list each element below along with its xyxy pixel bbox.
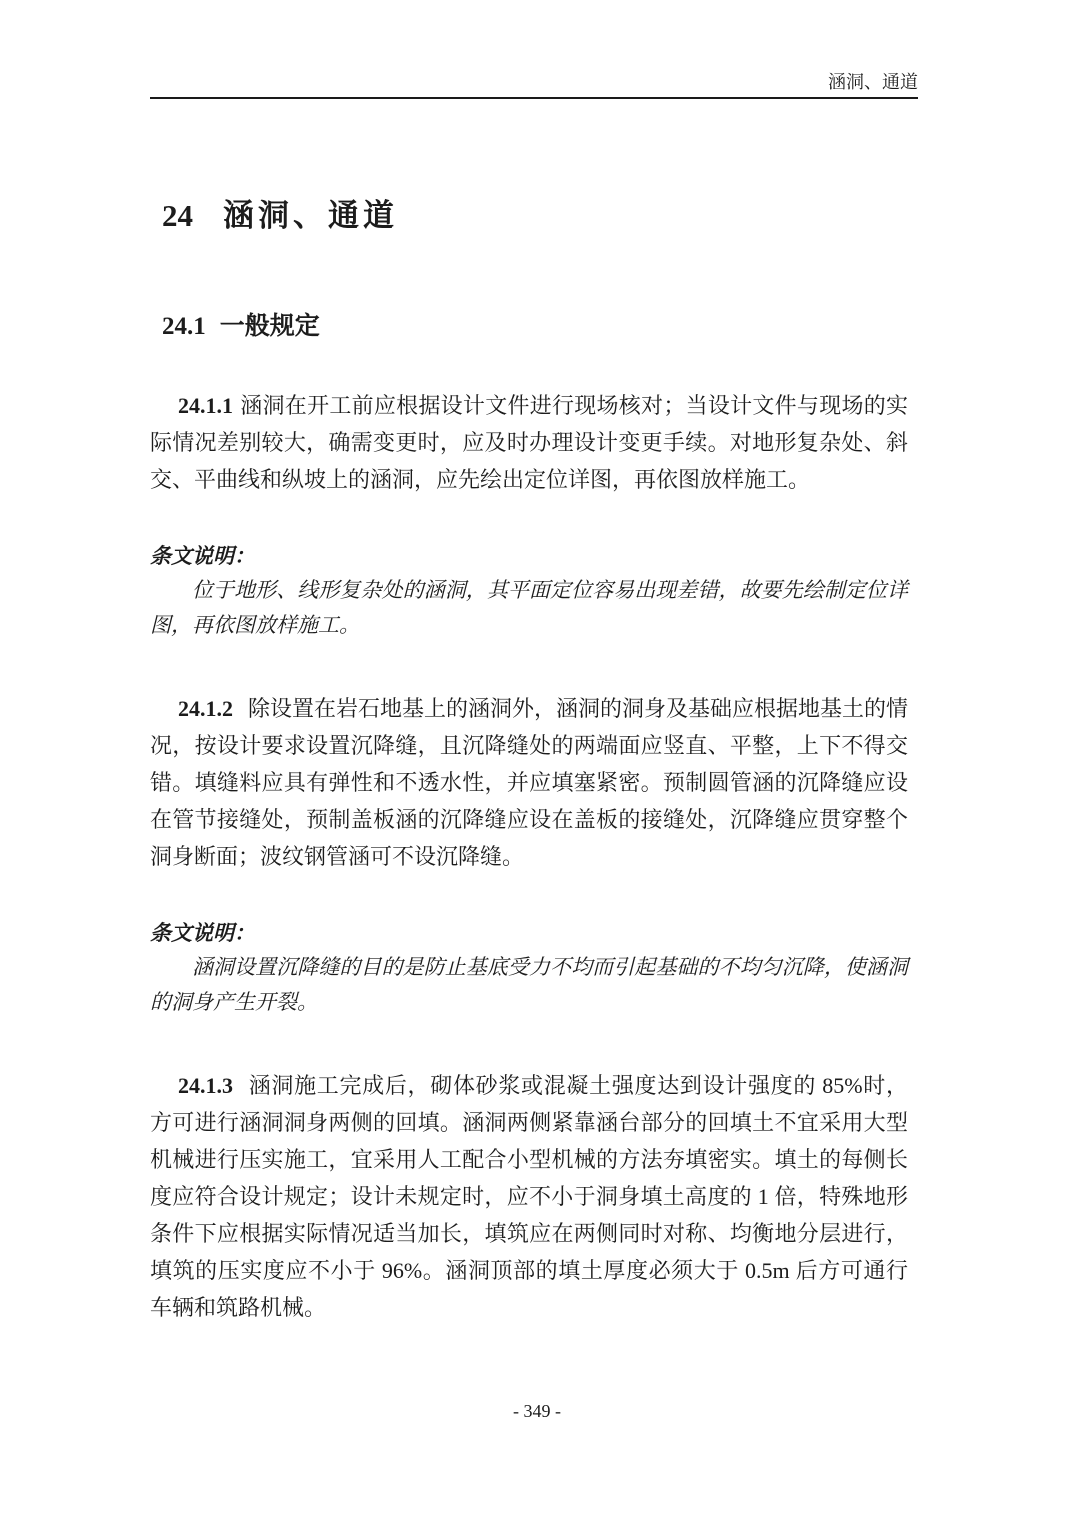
clause-number: 24.1.2 (178, 696, 233, 721)
note-text-24-1-1: 位于地形、线形复杂处的涵洞，其平面定位容易出现差错，故要先绘制定位详图，再依图放… (150, 573, 908, 643)
clause-text: 除设置在岩石地基上的涵洞外，涵洞的洞身及基础应根据地基土的情况，按设计要求设置沉… (150, 696, 908, 869)
clause-text: 涵洞在开工前应根据设计文件进行现场核对；当设计文件与现场的实际情况差别较大，确需… (150, 393, 908, 492)
page-number: - 349 - (513, 1401, 561, 1421)
section-title: 一般规定 (220, 313, 320, 340)
note-label-24-1-1: 条文说明： (150, 539, 908, 573)
document-page: 涵洞、通道 24涵洞、通道 24.1一般规定 24.1.1涵洞在开工前应根据设计… (0, 0, 1074, 1520)
clause-paragraph-24-1-3: 24.1.3涵洞施工完成后，砌体砂浆或混凝土强度达到设计强度的 85%时，方可进… (150, 1067, 908, 1326)
clause-paragraph-24-1-2: 24.1.2除设置在岩石地基上的涵洞外，涵洞的洞身及基础应根据地基土的情况，按设… (150, 690, 908, 875)
clause-text: 涵洞施工完成后，砌体砂浆或混凝土强度达到设计强度的 85%时，方可进行涵洞洞身两… (150, 1073, 908, 1320)
chapter-title: 涵洞、通道 (223, 198, 398, 233)
clause-paragraph-24-1-1: 24.1.1涵洞在开工前应根据设计文件进行现场核对；当设计文件与现场的实际情况差… (150, 387, 908, 498)
chapter-number: 24 (162, 198, 193, 233)
page-content: 24涵洞、通道 24.1一般规定 24.1.1涵洞在开工前应根据设计文件进行现场… (150, 199, 908, 1326)
page-header: 涵洞、通道 (150, 71, 918, 99)
section-number: 24.1 (162, 313, 206, 340)
section-heading: 24.1一般规定 (162, 313, 908, 340)
note-label-24-1-2: 条文说明： (150, 916, 908, 950)
note-text-24-1-2: 涵洞设置沉降缝的目的是防止基底受力不均而引起基础的不均匀沉降，使涵洞的洞身产生开… (150, 950, 908, 1020)
clause-number: 24.1.3 (178, 1073, 233, 1098)
page-footer: - 349 - (0, 1400, 1074, 1422)
chapter-heading: 24涵洞、通道 (162, 199, 908, 233)
clause-number: 24.1.1 (178, 393, 233, 418)
running-header-title: 涵洞、通道 (828, 72, 918, 92)
